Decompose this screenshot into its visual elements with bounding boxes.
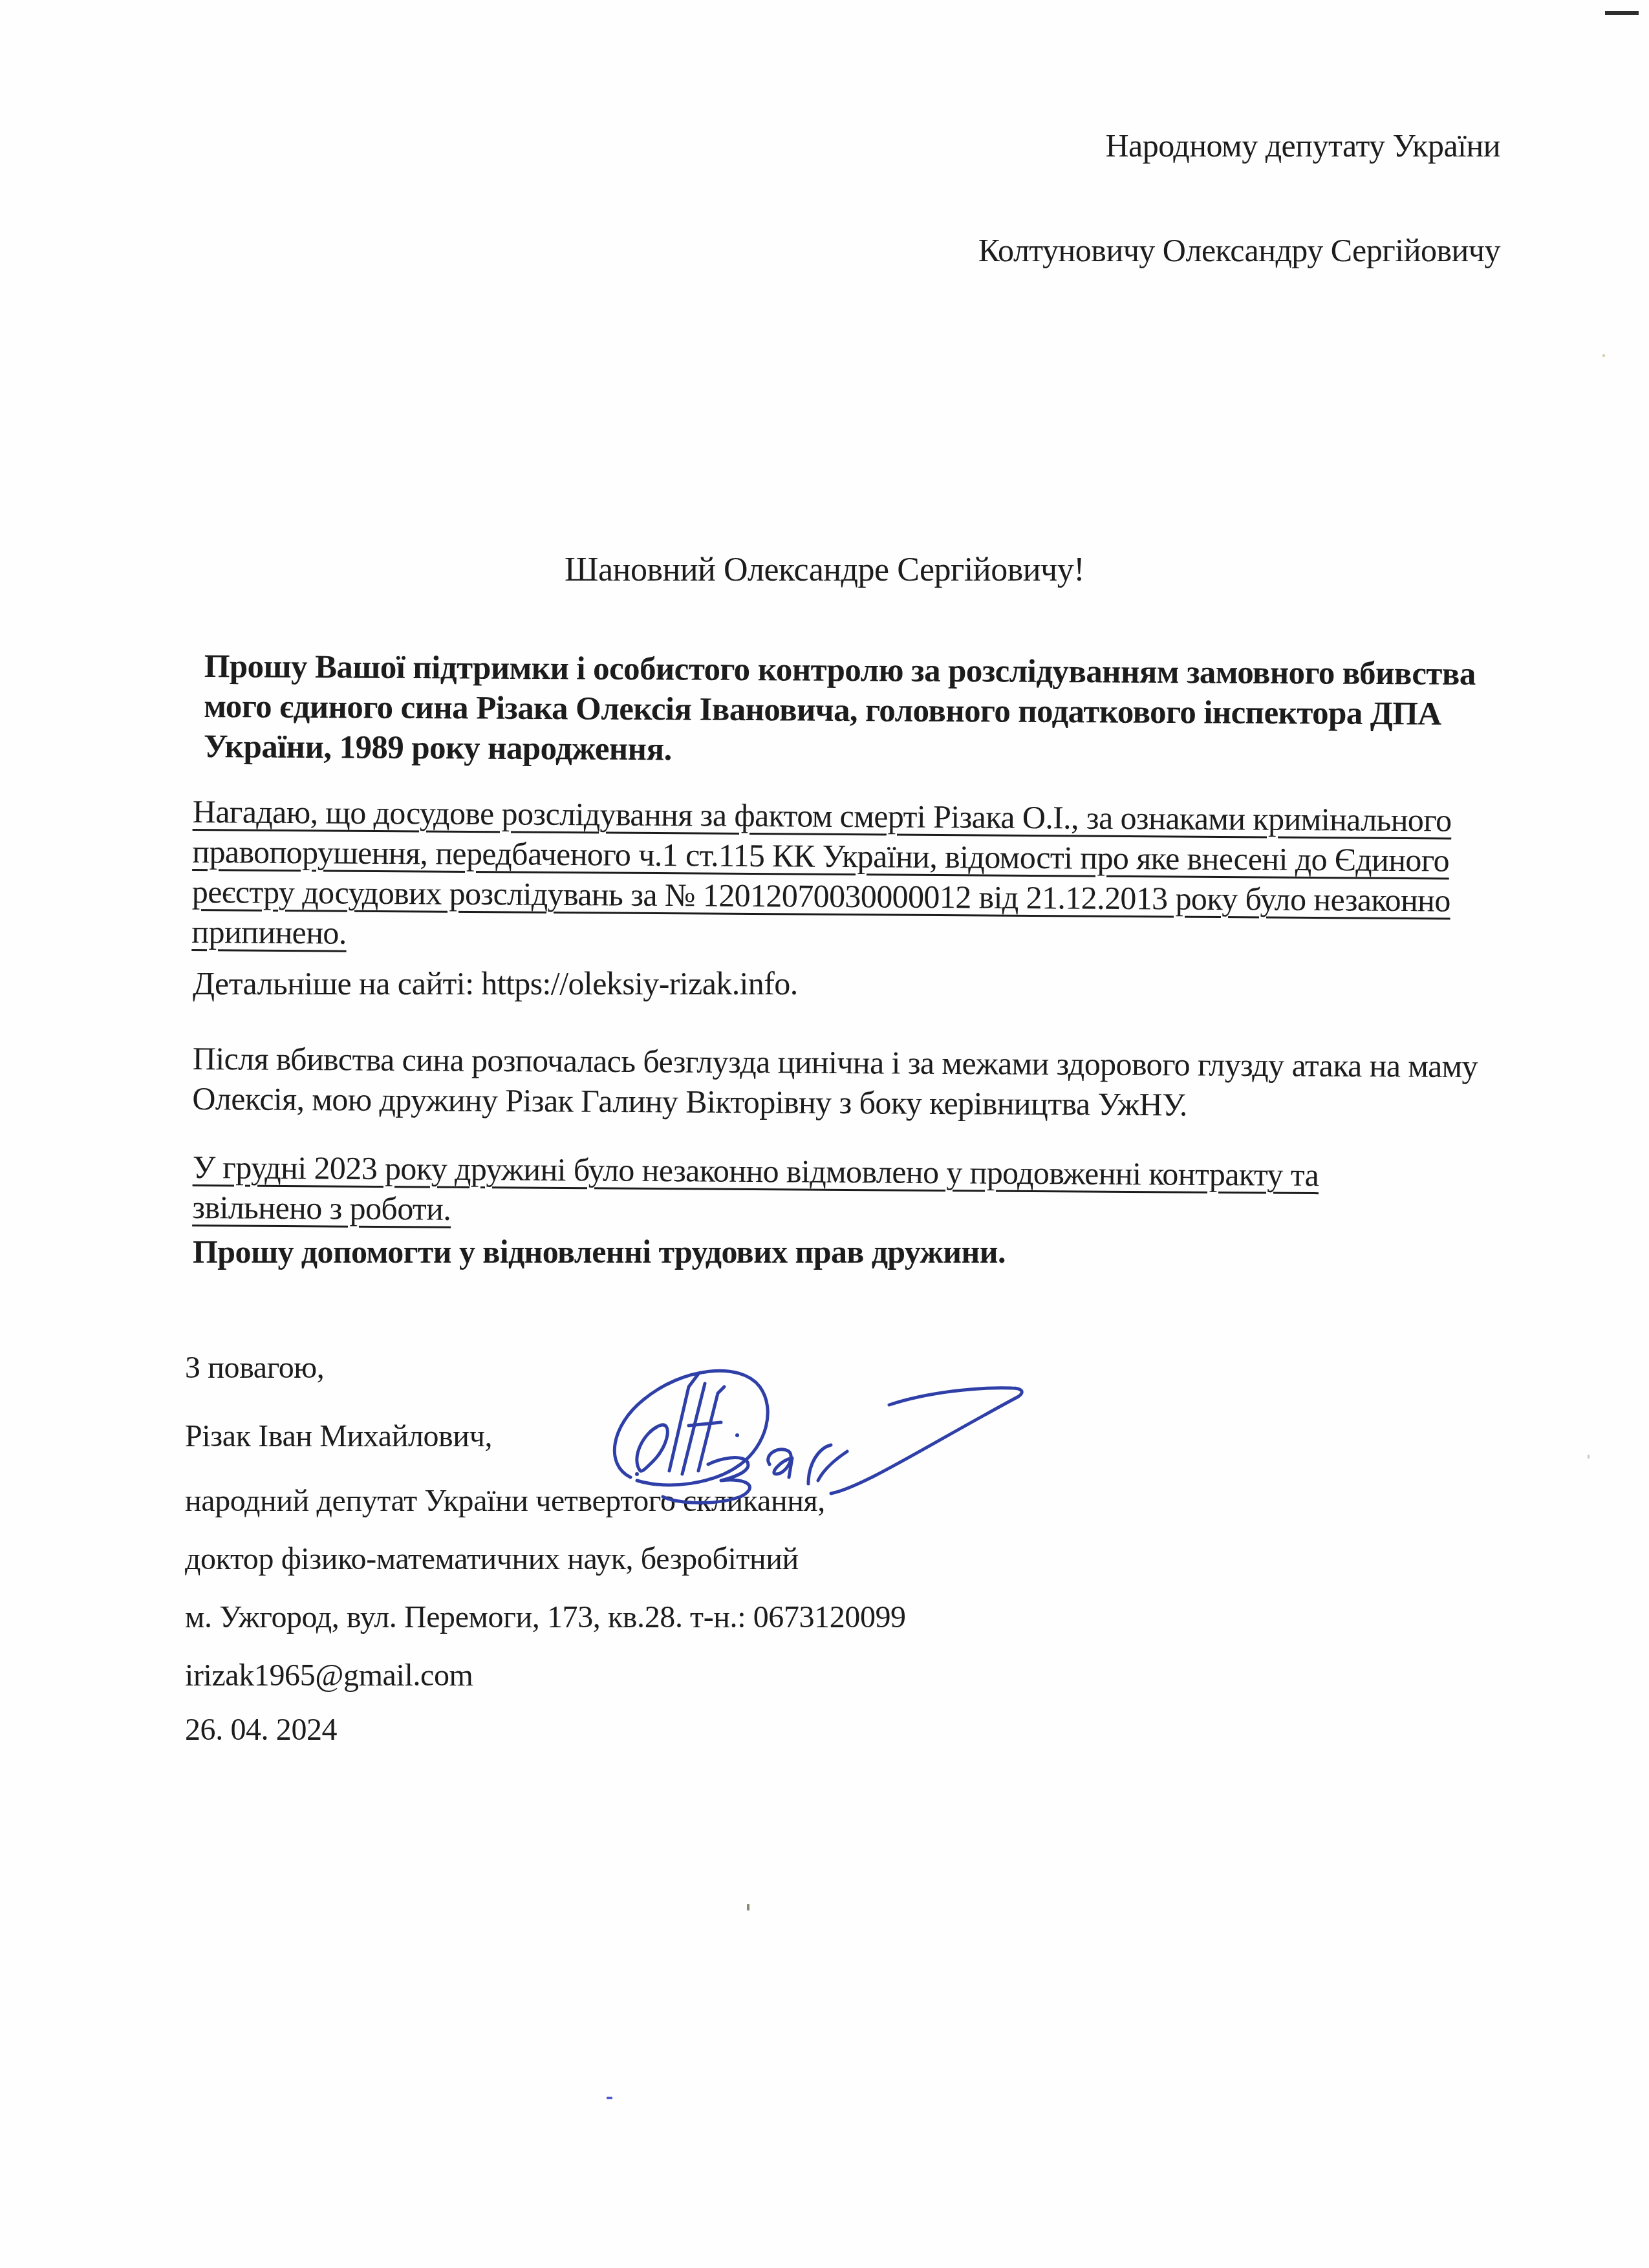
addressee-name: Колтуновичу Олександру Сергійовичу bbox=[978, 231, 1500, 269]
sender-degree: доктор фізико-математичних наук, безробі… bbox=[185, 1541, 799, 1577]
sender-name: Різак Іван Михайлович, bbox=[185, 1418, 492, 1454]
handwritten-signature-icon bbox=[592, 1348, 1031, 1510]
scan-speck bbox=[1588, 1455, 1590, 1459]
scan-speck bbox=[1602, 354, 1605, 357]
help-request-paragraph: Прошу допомогти у відновленні трудових п… bbox=[193, 1232, 1505, 1272]
sender-address: м. Ужгород, вул. Перемоги, 173, кв.28. т… bbox=[185, 1599, 906, 1635]
dismissal-paragraph: У грудні 2023 року дружині було незаконн… bbox=[192, 1147, 1421, 1236]
letter-date: 26. 04. 2024 bbox=[185, 1712, 337, 1748]
attack-paragraph: Після вбивства сина розпочалась безглузд… bbox=[192, 1038, 1486, 1126]
scan-corner-mark bbox=[1605, 11, 1639, 15]
sender-email: irizak1965@gmail.com bbox=[185, 1658, 473, 1693]
letter-page: Народному депутату України Колтуновичу О… bbox=[0, 0, 1649, 2268]
main-request-paragraph: Прошу Вашої підтримки і особистого контр… bbox=[204, 647, 1504, 775]
scan-speck bbox=[747, 1904, 749, 1910]
investigation-reminder-paragraph: Нагадаю, що досудове розслідування за фа… bbox=[191, 791, 1505, 961]
scan-speck bbox=[607, 2097, 612, 2099]
closing-phrase: З повагою, bbox=[185, 1350, 324, 1385]
addressee-title: Народному депутату України bbox=[1105, 127, 1500, 164]
salutation: Шановний Олександре Сергійовичу! bbox=[0, 551, 1649, 589]
website-reference: Детальніше на сайті: https://oleksiy-riz… bbox=[193, 963, 1505, 1003]
